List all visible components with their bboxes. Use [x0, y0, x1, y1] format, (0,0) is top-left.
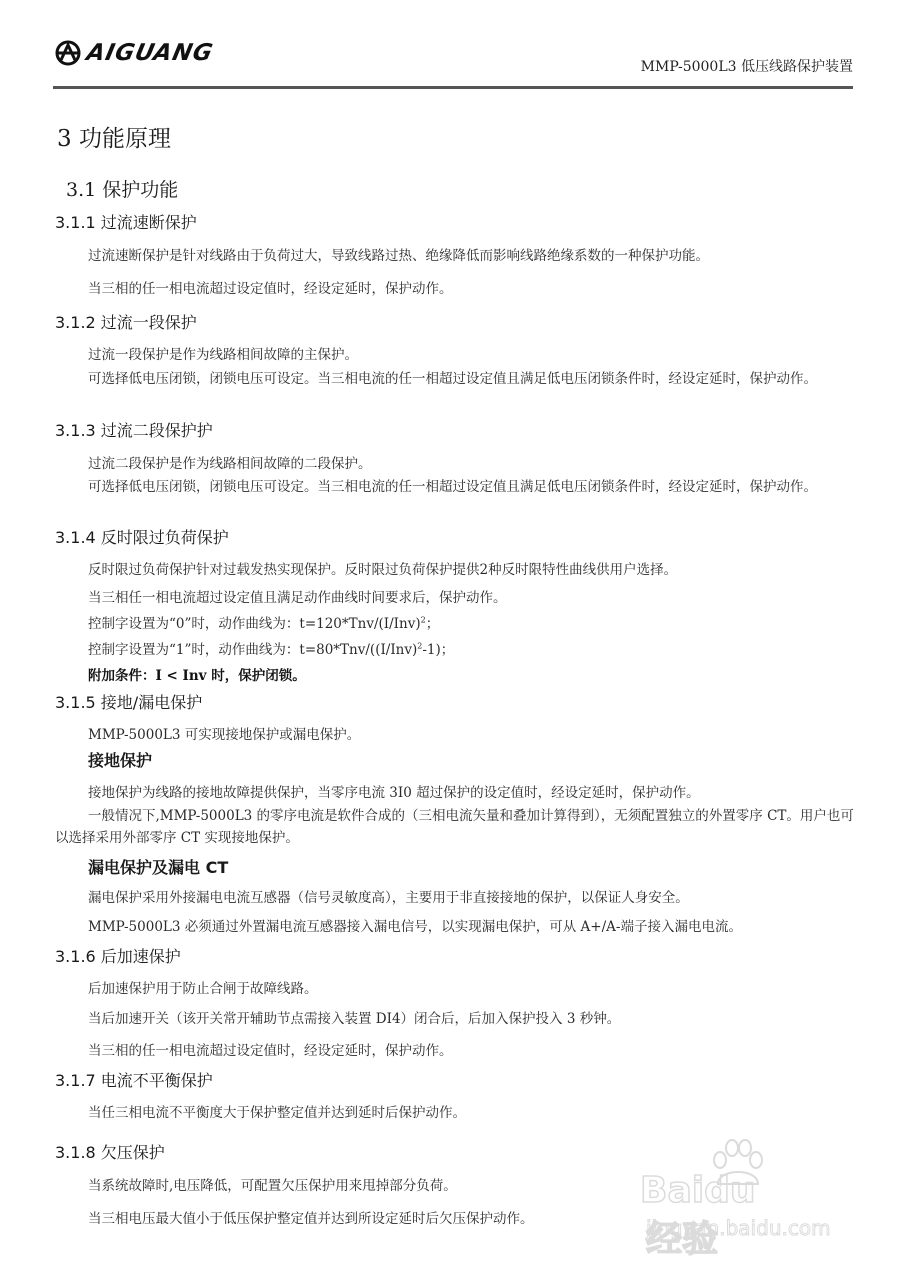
company-logo: AIGUANG: [55, 40, 213, 66]
subsection-heading: 3.1.8 欠压保护: [55, 1140, 165, 1163]
subsection-heading: 3.1.3 过流二段保护护: [55, 418, 213, 441]
paragraph: 过流二段保护是作为线路相间故障的二段保护。: [88, 452, 372, 472]
paragraph: 当三相任一相电流超过设定值且满足动作曲线时间要求后，保护动作。: [88, 586, 507, 606]
paragraph: 当系统故障时,电压降低，可配置欠压保护用来甩掉部分负荷。: [88, 1174, 457, 1194]
logo-wordmark: AIGUANG: [84, 40, 215, 66]
document-title: MMP-5000L3 低压线路保护装置: [641, 56, 853, 76]
paragraph: 可选择低电压闭锁，闭锁电压可设定。当三相电流的任一相超过设定值且满足低电压闭锁条…: [55, 368, 855, 390]
paragraph: MMP-5000L3 必须通过外置漏电流互感器接入漏电信号，以实现漏电保护，可从…: [88, 915, 742, 935]
subsection-heading: 3.1.1 过流速断保护: [55, 210, 197, 233]
paragraph: 反时限过负荷保护针对过载发热实现保护。反时限过负荷保护提供2种反时限特性曲线供用…: [88, 558, 677, 578]
paragraph: 漏电保护采用外接漏电电流互感器（信号灵敏度高），主要用于非直接接地的保护，以保证…: [88, 886, 689, 906]
formula-line: 控制字设置为“1”时，动作曲线为：t=80*Tnv/((I/Inv)2-1)；: [88, 638, 454, 658]
paragraph: 当三相的任一相电流超过设定值时，经设定延时，保护动作。: [88, 1039, 453, 1059]
paragraph: 接地保护为线路的接地故障提供保护，当零序电流 3I0 超过保护的设定值时，经设定…: [88, 781, 700, 801]
formula-line: 控制字设置为“0”时，动作曲线为：t=120*Tnv/(I/Inv)2；: [88, 612, 439, 632]
watermark-url: jingyan.baidu.com: [646, 1216, 831, 1240]
paragraph: 过流速断保护是针对线路由于负荷过大，导致线路过热、绝缘降低而影响线路绝缘系数的一…: [88, 244, 709, 264]
paragraph: 一般情况下,MMP-5000L3 的零序电流是软件合成的（三相电流矢量和叠加计算…: [55, 805, 855, 849]
section-heading: 3.1 保护功能: [66, 175, 178, 202]
paragraph: 当后加速开关（该开关常开辅助节点需接入装置 DI4）闭合后，后加入保护投入 3 …: [88, 1007, 620, 1027]
subsection-heading: 3.1.7 电流不平衡保护: [55, 1068, 213, 1091]
paragraph: 后加速保护用于防止合闸于故障线路。: [88, 977, 318, 997]
chapter-heading: 3 功能原理: [57, 120, 171, 153]
paragraph: 过流一段保护是作为线路相间故障的主保护。: [88, 343, 358, 363]
subsection-heading: 3.1.6 后加速保护: [55, 944, 181, 967]
paragraph: 可选择低电压闭锁，闭锁电压可设定。当三相电流的任一相超过设定值且满足低电压闭锁条…: [55, 476, 855, 498]
watermark-brand: Baidu: [640, 1170, 755, 1211]
paragraph: MMP-5000L3 可实现接地保护或漏电保护。: [88, 723, 360, 743]
subsection-heading: 3.1.2 过流一段保护: [55, 310, 197, 333]
subsection-heading: 3.1.5 接地/漏电保护: [55, 690, 202, 713]
sub-heading-leakage: 漏电保护及漏电 CT: [88, 855, 228, 878]
paragraph: 当三相的任一相电流超过设定值时，经设定延时，保护动作。: [88, 277, 453, 297]
condition-note: 附加条件：I < Inv 时，保护闭锁。: [88, 664, 306, 684]
header-divider: [53, 86, 853, 89]
paragraph: 当任三相电流不平衡度大于保护整定值并达到延时后保护动作。: [88, 1101, 466, 1121]
paragraph: 当三相电压最大值小于低压保护整定值并达到所设定延时后欠压保护动作。: [88, 1207, 534, 1227]
subsection-heading: 3.1.4 反时限过负荷保护: [55, 525, 229, 548]
sub-heading-grounding: 接地保护: [88, 748, 152, 771]
logo-emblem-icon: [55, 40, 81, 66]
